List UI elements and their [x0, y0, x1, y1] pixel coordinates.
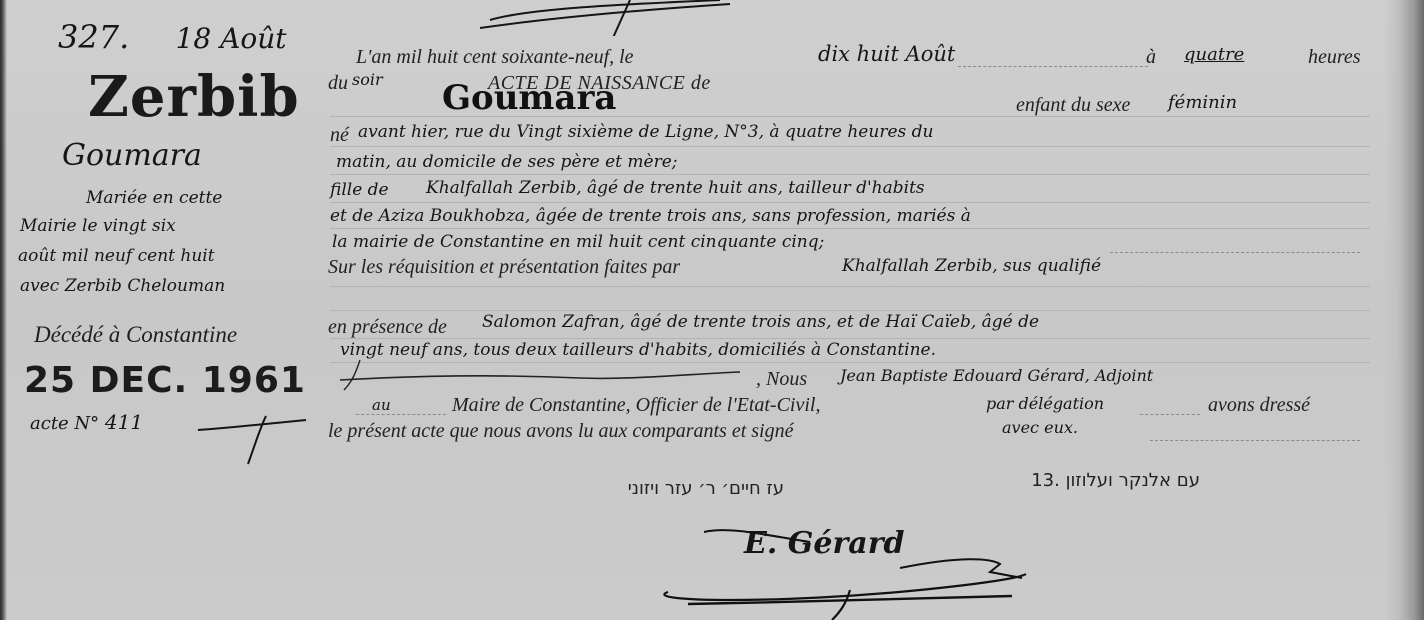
dotted-rule [356, 414, 446, 415]
hand-delegation: par délégation [986, 394, 1104, 413]
hand-avec-eux: avec eux. [1002, 418, 1078, 437]
marriage-note-line: Mairie le vingt six [20, 216, 176, 236]
hand-birth-place: avant hier, rue du Vingt sixième de Lign… [358, 122, 933, 142]
printed-text: Sur les réquisition et présentation fait… [328, 256, 680, 279]
margin-entry-header: 327. 18 Août [58, 18, 287, 56]
dotted-rule [330, 310, 1370, 311]
dotted-rule [958, 66, 1148, 67]
hand-hour: quatre [1184, 44, 1244, 65]
register-page: 327. 18 Août Zerbib Goumara Mariée en ce… [0, 0, 1424, 620]
hebrew-signature-right: עם אלנקר ועלוזון .13 [920, 470, 1200, 491]
dotted-rule [330, 174, 1370, 175]
hand-period: soir [352, 70, 383, 89]
death-date-stamp: 25 DEC. 1961 [24, 360, 306, 401]
dotted-rule [330, 338, 1370, 339]
hand-officer-name: Jean Baptiste Edouard Gérard, Adjoint [840, 366, 1153, 385]
printed-text: Maire de Constantine, Officier de l'Etat… [452, 394, 820, 417]
printed-text: L'an mil huit cent soixante-neuf, le [356, 46, 634, 69]
death-act-label: acte N° [30, 413, 99, 434]
printed-text: du [328, 72, 348, 95]
dotted-rule [330, 228, 1370, 229]
margin-given-name: Goumara [62, 138, 202, 173]
hebrew-signature-left: עז חיים׳ ר׳ עזר ויזוני [404, 478, 784, 499]
margin-surname: Zerbib [88, 64, 300, 130]
marriage-note-line: août mil neuf cent huit [18, 246, 215, 266]
dotted-rule [1150, 440, 1360, 441]
top-scribble-icon [470, 0, 750, 36]
printed-text: , Nous [756, 368, 807, 391]
death-act-reference: acte N° 411 [30, 410, 143, 434]
printed-text: en présence de [328, 316, 447, 339]
dotted-rule [1110, 252, 1360, 253]
dotted-rule [330, 202, 1370, 203]
hand-marriage: la mairie de Constantine en mil huit cen… [332, 232, 824, 252]
death-act-number: 411 [105, 410, 143, 434]
printed-text: à [1146, 46, 1156, 69]
printed-text: né [330, 124, 349, 147]
hand-witnesses: Salomon Zafran, âgé de trente trois ans,… [482, 312, 1039, 332]
hand-sex: féminin [1168, 92, 1237, 113]
printed-text: avons dressé [1208, 394, 1310, 417]
printed-text: enfant du sexe [1016, 94, 1130, 117]
entry-number: 327. [58, 18, 129, 56]
marriage-note-line: avec Zerbib Chelouman [20, 276, 225, 296]
hand-date: dix huit Août [818, 42, 955, 66]
printed-text: heures [1308, 46, 1361, 69]
dotted-rule [330, 286, 1370, 287]
hand-birth-place-cont: matin, au domicile de ses père et mère; [336, 152, 678, 172]
hand-au: au [372, 396, 391, 414]
hand-mother: et de Aziza Boukhobza, âgée de trente tr… [330, 206, 971, 226]
printed-text: le présent acte que nous avons lu aux co… [328, 420, 793, 443]
hand-father: Khalfallah Zerbib, âgé de trente huit an… [426, 178, 925, 198]
hand-declarant: Khalfallah Zerbib, sus qualifié [842, 256, 1101, 276]
paraph-flourish-icon [196, 408, 316, 468]
fill-line-scribble-icon [330, 352, 750, 392]
death-note-label: Décédé à Constantine [34, 322, 237, 348]
marriage-note-line: Mariée en cette [86, 188, 222, 208]
dotted-rule [1140, 414, 1200, 415]
dotted-rule [330, 146, 1370, 147]
hand-fille-de: fille de [330, 180, 389, 200]
child-name: Goumara [442, 78, 616, 118]
signature-flourish-icon [660, 516, 1080, 620]
entry-date: 18 Août [176, 22, 287, 55]
